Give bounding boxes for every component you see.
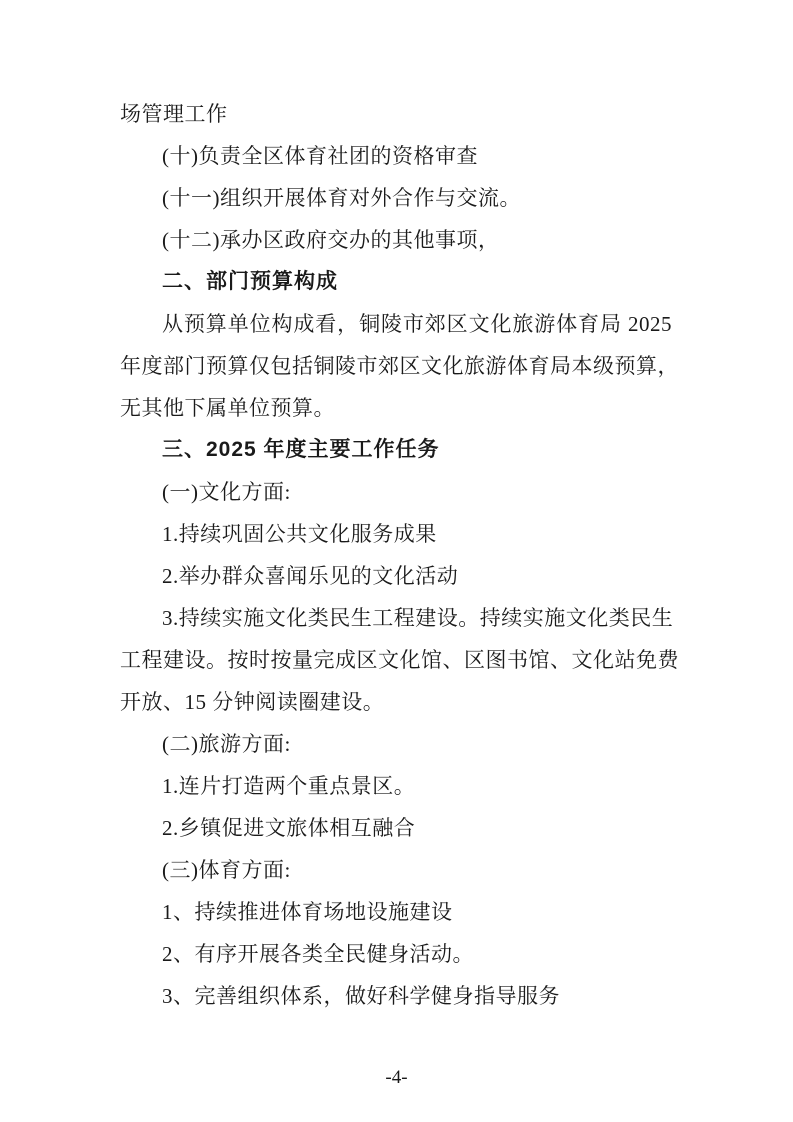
text-line: 从预算单位构成看，铜陵市郊区文化旅游体育局 2025 xyxy=(120,303,672,345)
text-line: 无其他下属单位预算。 xyxy=(120,387,672,429)
text-line: 工程建设。按时按量完成区文化馆、区图书馆、文化站免费 xyxy=(120,639,672,681)
text-line: (一)文化方面: xyxy=(120,471,672,513)
paragraph: (一)文化方面: xyxy=(120,471,672,513)
text-line: (十一)组织开展体育对外合作与交流。 xyxy=(120,177,672,219)
document-body: 场管理工作(十)负责全区体育社团的资格审查(十一)组织开展体育对外合作与交流。(… xyxy=(120,93,672,1017)
paragraph: 1.持续巩固公共文化服务成果 xyxy=(120,513,672,555)
text-line: 三、2025 年度主要工作任务 xyxy=(120,429,672,471)
section-heading: 三、2025 年度主要工作任务 xyxy=(120,429,672,471)
text-line: 1、持续推进体育场地设施建设 xyxy=(120,891,672,933)
text-line: 场管理工作 xyxy=(120,93,672,135)
text-line: 开放、15 分钟阅读圈建设。 xyxy=(120,681,672,723)
section-heading: 二、部门预算构成 xyxy=(120,261,672,303)
paragraph: 1.连片打造两个重点景区。 xyxy=(120,765,672,807)
text-line: 2.举办群众喜闻乐见的文化活动 xyxy=(120,555,672,597)
paragraph: (十二)承办区政府交办的其他事项， xyxy=(120,219,672,261)
paragraph: (十一)组织开展体育对外合作与交流。 xyxy=(120,177,672,219)
text-line: 1.连片打造两个重点景区。 xyxy=(120,765,672,807)
paragraph: (十)负责全区体育社团的资格审查 xyxy=(120,135,672,177)
paragraph: 2、有序开展各类全民健身活动。 xyxy=(120,933,672,975)
document-page: 场管理工作(十)负责全区体育社团的资格审查(十一)组织开展体育对外合作与交流。(… xyxy=(0,0,793,1122)
text-line: 2.乡镇促进文旅体相互融合 xyxy=(120,807,672,849)
text-line: 年度部门预算仅包括铜陵市郊区文化旅游体育局本级预算， xyxy=(120,345,672,387)
page-number: -4- xyxy=(0,1067,793,1089)
text-line: 3、完善组织体系，做好科学健身指导服务 xyxy=(120,975,672,1017)
text-line: 1.持续巩固公共文化服务成果 xyxy=(120,513,672,555)
text-line: 二、部门预算构成 xyxy=(120,261,672,303)
paragraph: 场管理工作 xyxy=(120,93,672,135)
paragraph: 2.乡镇促进文旅体相互融合 xyxy=(120,807,672,849)
text-line: (十)负责全区体育社团的资格审查 xyxy=(120,135,672,177)
paragraph: 1、持续推进体育场地设施建设 xyxy=(120,891,672,933)
paragraph: (三)体育方面: xyxy=(120,849,672,891)
paragraph: 2.举办群众喜闻乐见的文化活动 xyxy=(120,555,672,597)
text-line: 2、有序开展各类全民健身活动。 xyxy=(120,933,672,975)
paragraph: 3.持续实施文化类民生工程建设。持续实施文化类民生工程建设。按时按量完成区文化馆… xyxy=(120,597,672,723)
text-line: 3.持续实施文化类民生工程建设。持续实施文化类民生 xyxy=(120,597,672,639)
text-line: (三)体育方面: xyxy=(120,849,672,891)
paragraph: 从预算单位构成看，铜陵市郊区文化旅游体育局 2025年度部门预算仅包括铜陵市郊区… xyxy=(120,303,672,429)
text-line: (十二)承办区政府交办的其他事项， xyxy=(120,219,672,261)
text-line: (二)旅游方面: xyxy=(120,723,672,765)
paragraph: (二)旅游方面: xyxy=(120,723,672,765)
paragraph: 3、完善组织体系，做好科学健身指导服务 xyxy=(120,975,672,1017)
